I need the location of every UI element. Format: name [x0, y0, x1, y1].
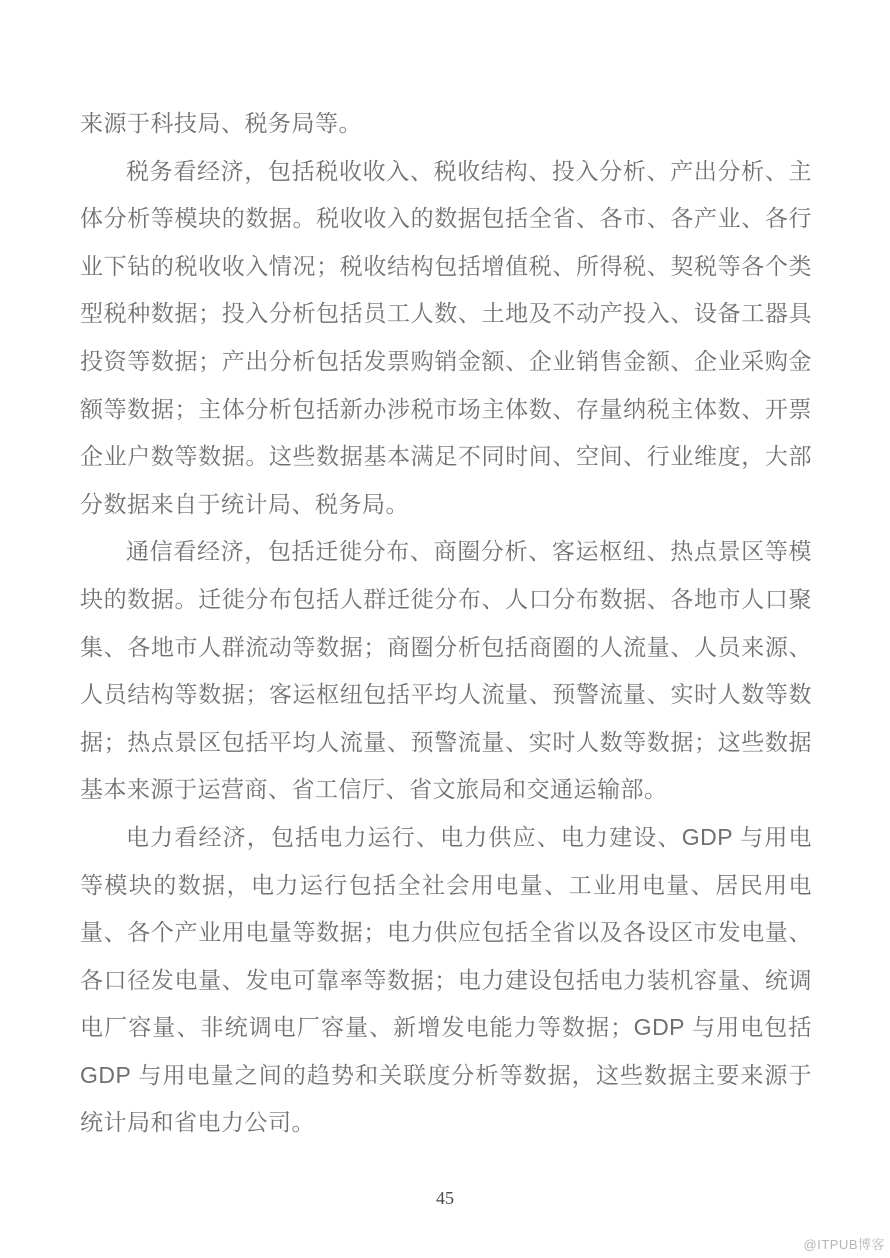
paragraph-power-economy: 电力看经济，包括电力运行、电力供应、电力建设、GDP 与用电等模块的数据，电力运…: [80, 814, 812, 1147]
paragraph-tax-economy: 税务看经济，包括税收收入、税收结构、投入分析、产出分析、主体分析等模块的数据。税…: [80, 148, 812, 529]
document-page: 来源于科技局、税务局等。 税务看经济，包括税收收入、税收结构、投入分析、产出分析…: [0, 0, 890, 1258]
paragraph-telecom-economy: 通信看经济，包括迁徙分布、商圈分析、客运枢纽、热点景区等模块的数据。迁徙分布包括…: [80, 528, 812, 814]
page-number: 45: [0, 1188, 890, 1209]
document-body: 来源于科技局、税务局等。 税务看经济，包括税收收入、税收结构、投入分析、产出分析…: [80, 100, 812, 1147]
watermark: @ITPUB博客: [804, 1234, 885, 1253]
paragraph-continuation: 来源于科技局、税务局等。: [80, 100, 812, 148]
